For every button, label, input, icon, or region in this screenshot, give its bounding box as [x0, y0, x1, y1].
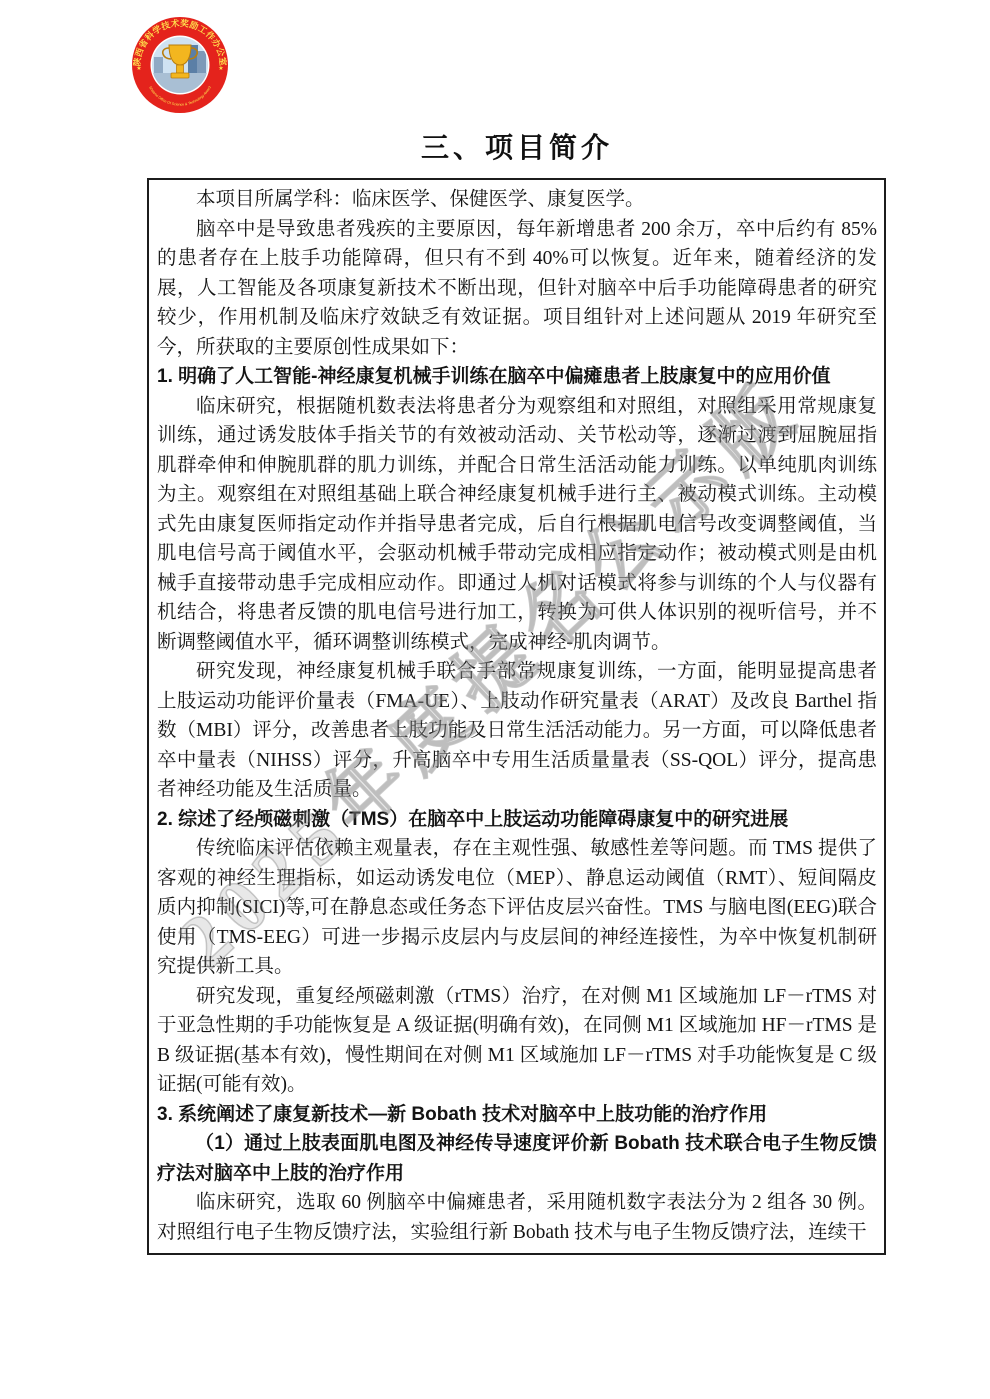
- paragraph: 3. 系统阐述了康复新技术—新 Bobath 技术对脑卒中上肢功能的治疗作用: [157, 1100, 877, 1130]
- project-intro-box: 本项目所属学科：临床医学、保健医学、康复医学。脑卒中是导致患者残疾的主要原因，每…: [147, 178, 886, 1255]
- paragraph: 临床研究，根据随机数表法将患者分为观察组和对照组，对照组采用常规康复训练，通过诱…: [157, 392, 877, 658]
- paragraph: 研究发现，重复经颅磁刺激（rTMS）治疗，在对侧 M1 区域施加 LF－rTMS…: [157, 982, 877, 1100]
- paragraph: 2. 综述了经颅磁刺激（TMS）在脑卒中上肢运动功能障碍康复中的研究进展: [157, 805, 877, 835]
- page-title: 三、项目简介: [148, 126, 886, 166]
- paragraph: 临床研究，选取 60 例脑卒中偏瘫患者，采用随机数字表法分为 2 组各 30 例…: [157, 1188, 877, 1247]
- paragraph: 本项目所属学科：临床医学、保健医学、康复医学。: [157, 185, 877, 215]
- paragraph: 研究发现，神经康复机械手联合手部常规康复训练，一方面，能明显提高患者上肢运动功能…: [157, 657, 877, 805]
- seal-right-star-icon: ★: [218, 65, 223, 72]
- paragraph: 传统临床评估依赖主观量表，存在主观性强、敏感性差等问题。而 TMS 提供了客观的…: [157, 834, 877, 982]
- seal-left-star-icon: ★: [136, 65, 141, 72]
- document-page: 陕西省科学技术奖励工作办公室 Shaanxi Office Of Science…: [0, 0, 990, 1399]
- award-office-seal-logo: 陕西省科学技术奖励工作办公室 Shaanxi Office Of Science…: [130, 15, 230, 115]
- paragraph: 1. 明确了人工智能-神经康复机械手训练在脑卒中偏瘫患者上肢康复中的应用价值: [157, 362, 877, 392]
- paragraph: （1）通过上肢表面肌电图及神经传导速度评价新 Bobath 技术联合电子生物反馈…: [157, 1129, 877, 1188]
- paragraph: 脑卒中是导致患者残疾的主要原因，每年新增患者 200 余万，卒中后约有 85%的…: [157, 215, 877, 363]
